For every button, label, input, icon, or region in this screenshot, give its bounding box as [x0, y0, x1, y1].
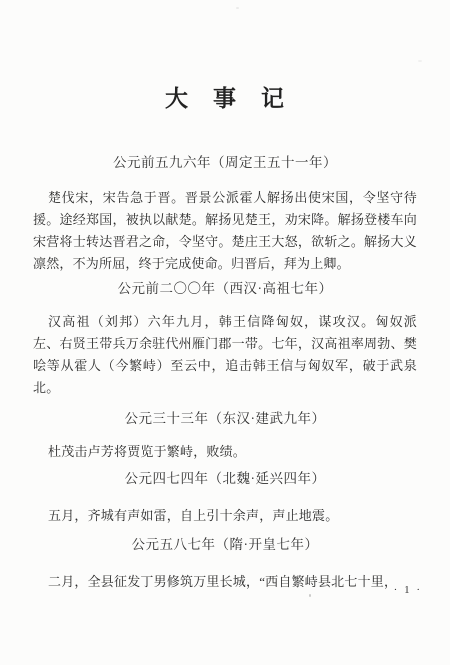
- page-content: 大 事 记 公元前五九六年（周定王五十一年） 楚伐宋，宋告急于晋。晋景公派霍人解…: [0, 0, 450, 593]
- body-line: 凛然，不为所屈，终于完成使命。归晋后，拜为上卿。: [33, 253, 417, 275]
- body-line: 汉高祖（刘邦）六年九月，韩王信降匈奴，谋攻汉。匈奴派: [33, 311, 417, 333]
- section-ad33: 公元三十三年（东汉·建武九年） 杜茂击卢芳将贾览于繁峙，败绩。: [33, 411, 417, 463]
- scan-speck: [236, 7, 239, 9]
- paragraph: 汉高祖（刘邦）六年九月，韩王信降匈奴，谋攻汉。匈奴派 左、右贤王带兵万余驻代州雁…: [33, 311, 417, 399]
- section-heading: 公元三十三年（东汉·建武九年）: [33, 411, 417, 427]
- paragraph: 五月，齐城有声如雷，自上引十余声，声止地震。: [33, 505, 417, 527]
- section-ad587: 公元五八七年（隋·开皇七年） 二月，全县征发丁男修筑万里长城，“西自繁峙县北七十…: [33, 537, 417, 593]
- scanned-page: 大 事 记 公元前五九六年（周定王五十一年） 楚伐宋，宋告急于晋。晋景公派霍人解…: [0, 0, 450, 665]
- body-line: 哙等从霍人（今繁峙）至云中，追击韩王信与匈奴军，破于武泉: [33, 355, 417, 377]
- section-200bc: 公元前二〇〇年（西汉·高祖七年） 汉高祖（刘邦）六年九月，韩王信降匈奴，谋攻汉。…: [33, 281, 417, 399]
- body-line: 左、右贤王带兵万余驻代州雁门郡一带。七年，汉高祖率周勃、樊: [33, 333, 417, 355]
- body-line: 北。: [33, 377, 417, 399]
- paragraph: 楚伐宋，宋告急于晋。晋景公派霍人解扬出使宋国，令坚守待 援。途经郑国，被执以献楚…: [33, 187, 417, 275]
- scan-speck: [418, 60, 422, 62]
- section-596bc: 公元前五九六年（周定王五十一年） 楚伐宋，宋告急于晋。晋景公派霍人解扬出使宋国，…: [33, 155, 417, 275]
- paragraph: 杜茂击卢芳将贾览于繁峙，败绩。: [33, 441, 417, 463]
- body-line: 宋营将士转达晋君之命，令坚守。楚庄王大怒，欲斩之。解扬大义: [33, 231, 417, 253]
- scan-speck: [309, 594, 311, 597]
- section-ad474: 公元四七四年（北魏·延兴四年） 五月，齐城有声如雷，自上引十余声，声止地震。: [33, 471, 417, 527]
- body-line: 援。途经郑国，被执以献楚。解扬见楚王，劝宋降。解扬登楼车向: [33, 209, 417, 231]
- section-heading: 公元前五九六年（周定王五十一年）: [33, 155, 417, 171]
- paragraph: 二月，全县征发丁男修筑万里长城，“西自繁峙县北七十里，: [33, 571, 417, 593]
- section-heading: 公元前二〇〇年（西汉·高祖七年）: [33, 281, 417, 297]
- body-line: 二月，全县征发丁男修筑万里长城，“西自繁峙县北七十里，: [33, 571, 417, 593]
- page-number: · 1 ·: [394, 584, 422, 596]
- page-title: 大 事 记: [33, 86, 417, 112]
- body-line: 楚伐宋，宋告急于晋。晋景公派霍人解扬出使宋国，令坚守待: [33, 187, 417, 209]
- section-heading: 公元五八七年（隋·开皇七年）: [33, 537, 417, 553]
- section-heading: 公元四七四年（北魏·延兴四年）: [33, 471, 417, 487]
- body-line: 五月，齐城有声如雷，自上引十余声，声止地震。: [33, 505, 417, 527]
- body-line: 杜茂击卢芳将贾览于繁峙，败绩。: [33, 441, 417, 463]
